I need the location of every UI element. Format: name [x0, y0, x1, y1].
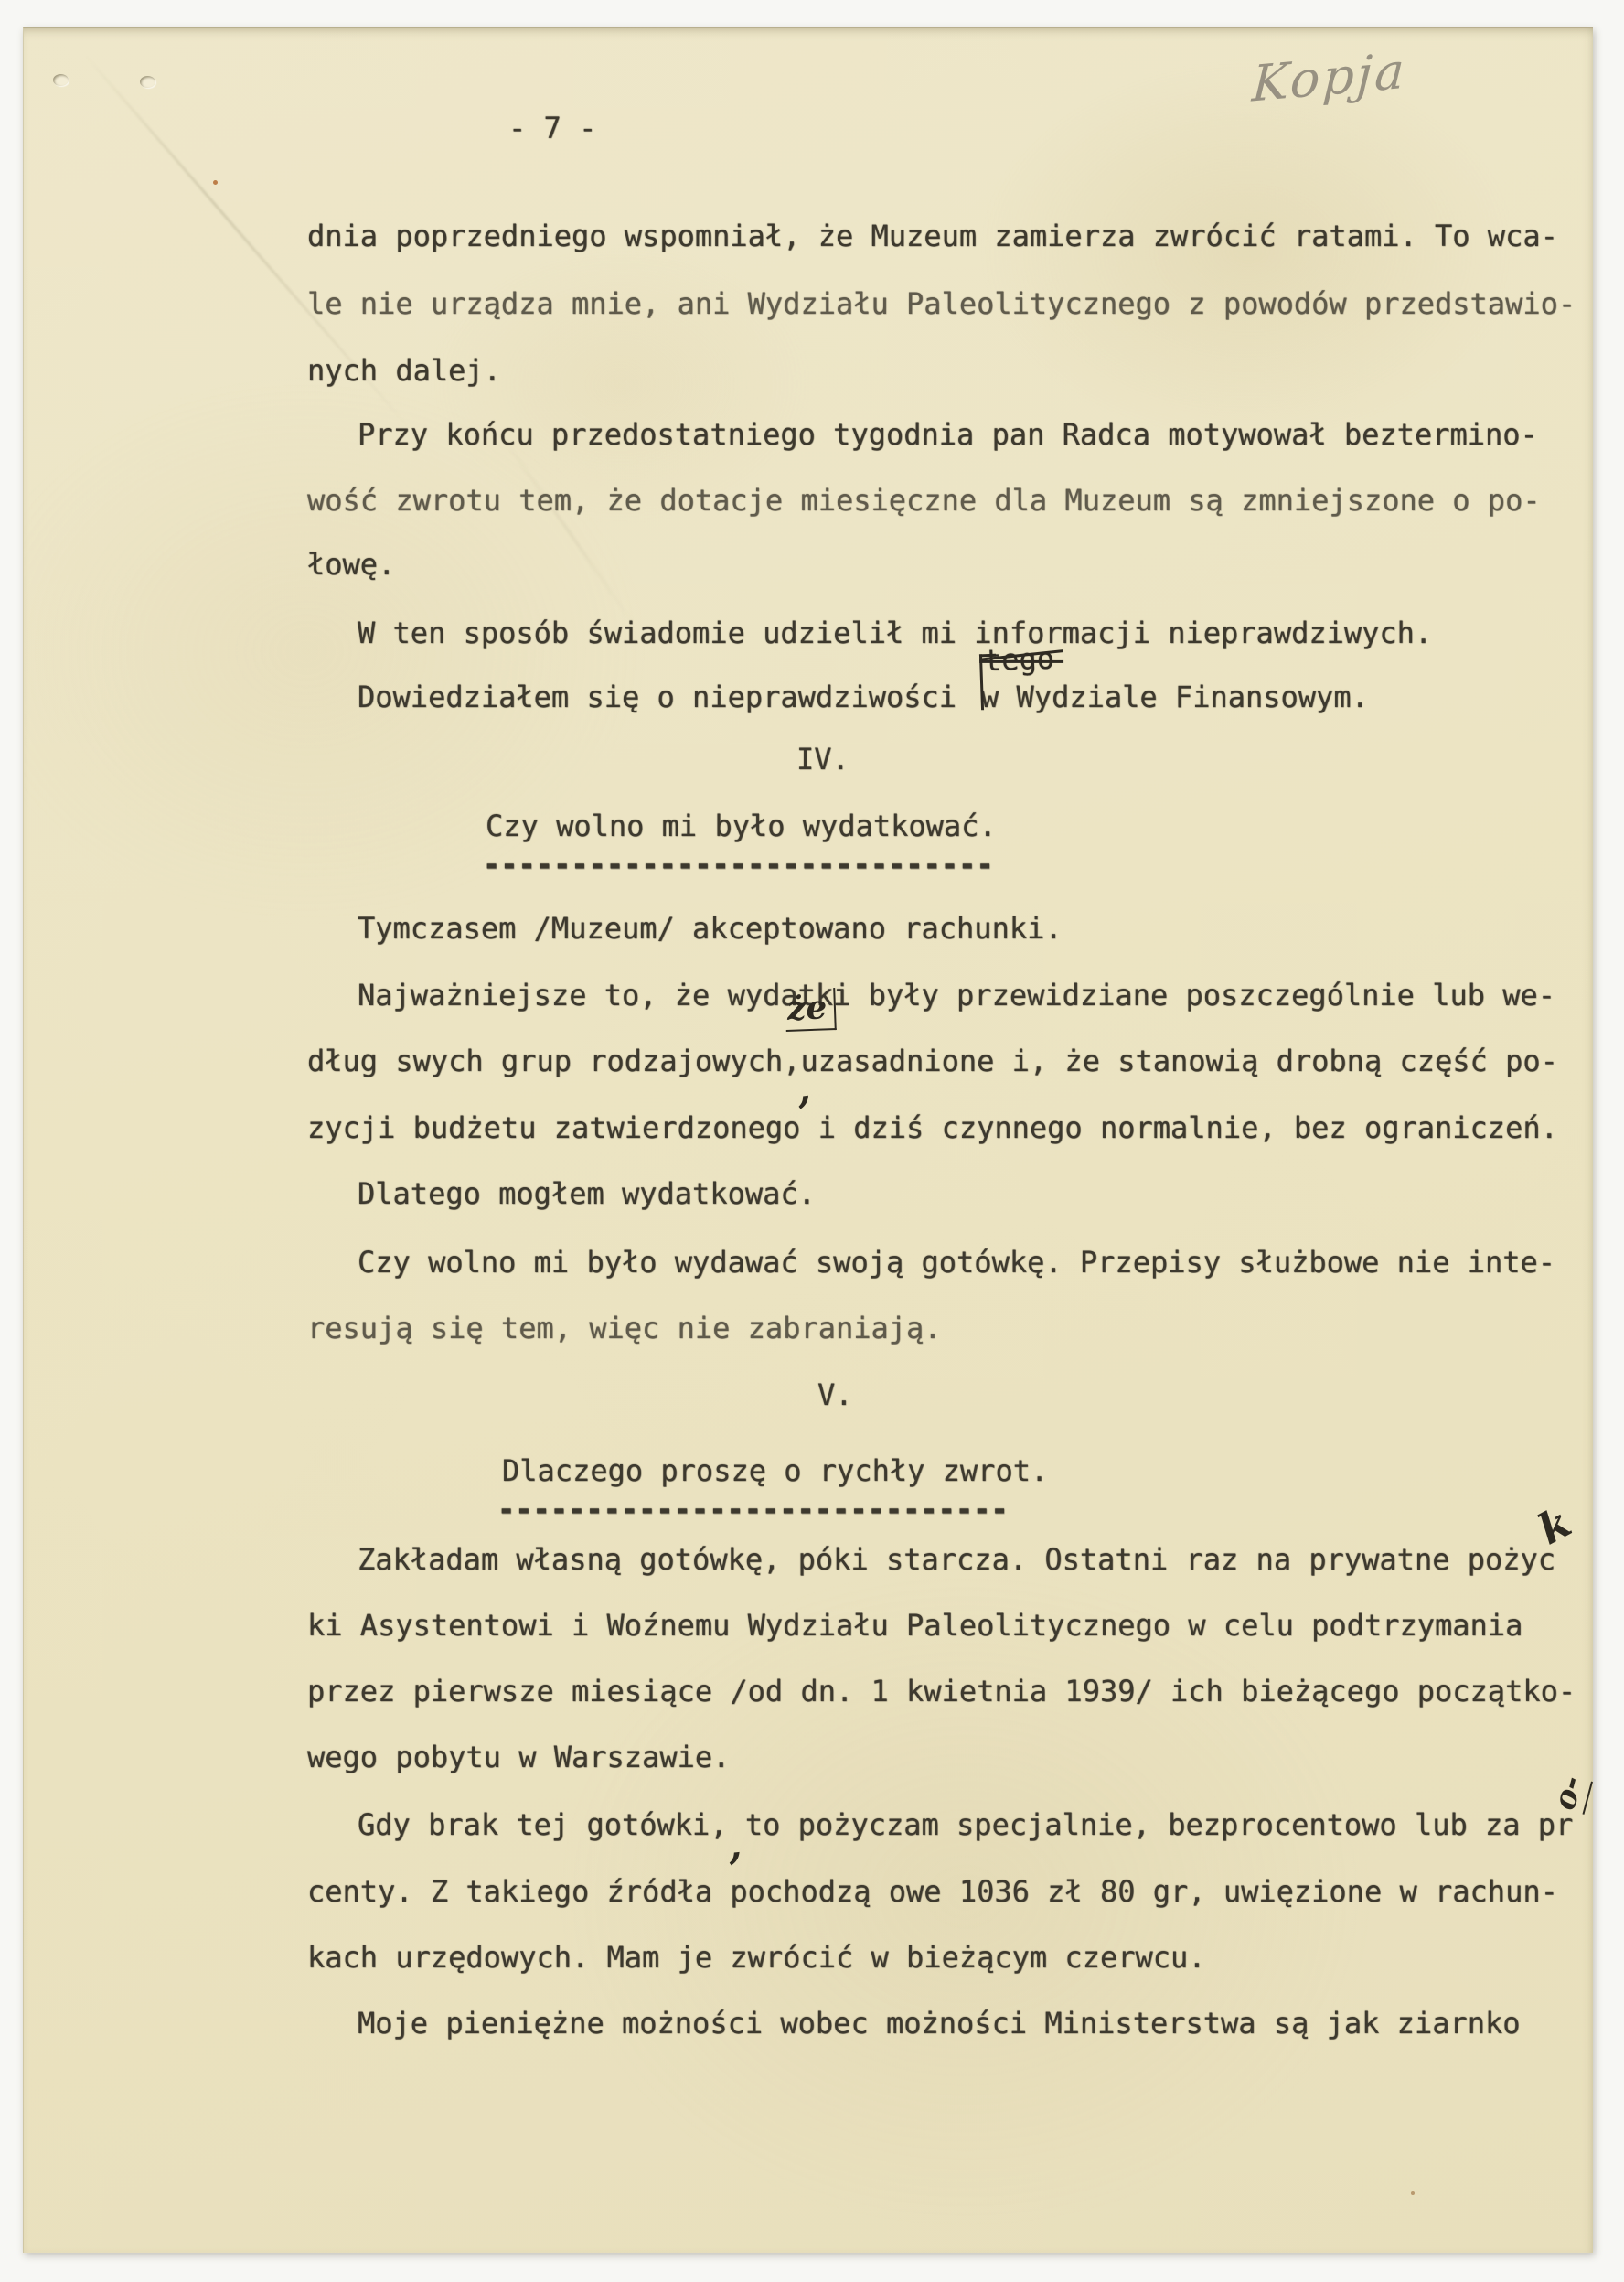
typed-line: łowę. — [307, 547, 395, 582]
typed-line: W ten sposób świadomie udzielił mi infor… — [358, 616, 1432, 650]
typed-line: Przy końcu przedostatniego tygodnia pan … — [358, 417, 1538, 452]
typed-line: Czy wolno mi było wydawać swoją gotówkę.… — [358, 1245, 1555, 1280]
page-number: - 7 - — [508, 111, 596, 145]
typed-line: przez pierwsze miesiące /od dn. 1 kwietn… — [307, 1674, 1576, 1709]
section-numeral: V. — [817, 1377, 853, 1412]
typed-line: wego pobytu w Warszawie. — [307, 1740, 730, 1774]
typed-line: wość zwrotu tem, że dotacje miesięczne d… — [307, 483, 1541, 518]
dashed-rule: ----------------------------- — [483, 844, 994, 884]
section-heading: Dlaczego proszę o rychły zwrot. — [502, 1453, 1048, 1488]
typed-line: resują się tem, więc nie zabraniają. — [307, 1311, 942, 1345]
typed-line: w Wydziale Finansowym. — [981, 680, 1369, 714]
typed-line: Dlatego mogłem wydatkować. — [358, 1176, 816, 1211]
typed-line: dnia poprzedniego wspomniał, że Muzeum z… — [307, 219, 1558, 253]
section-numeral: IV. — [796, 742, 849, 777]
document-page: - 7 -dnia poprzedniego wspomniał, że Muz… — [23, 27, 1593, 2253]
typed-line: dług swych grup rodzajowych,uzasadnione … — [307, 1044, 1558, 1078]
typed-text-layer: - 7 -dnia poprzedniego wspomniał, że Muz… — [24, 28, 1593, 2253]
typed-line: centy. Z takiego źródła pochodzą owe 103… — [307, 1874, 1558, 1909]
dashed-rule: ----------------------------- — [497, 1489, 1009, 1529]
insertion-mark-icon — [979, 654, 998, 711]
typed-line: ki Asystentowi i Woźnemu Wydziału Paleol… — [307, 1608, 1522, 1643]
typed-line: Moje pieniężne możności wobec możności M… — [358, 2006, 1521, 2041]
typed-line: Zakładam własną gotówkę, póki starcza. O… — [358, 1542, 1555, 1577]
scanned-document: - 7 -dnia poprzedniego wspomniał, że Muz… — [0, 0, 1624, 2282]
typed-line: Gdy brak tej gotówki, to pożyczam specja… — [358, 1807, 1573, 1842]
typed-line: kach urzędowych. Mam je zwrócić w bieżąc… — [307, 1940, 1206, 1975]
typed-line: nych dalej. — [307, 353, 501, 388]
typed-line: Najważniejsze to, że wydatki były przewi… — [358, 978, 1555, 1012]
typed-line: le nie urządza mnie, ani Wydziału Paleol… — [307, 286, 1576, 321]
typed-line: Tymczasem /Muzeum/ akceptowano rachunki. — [358, 911, 1063, 946]
typed-line: Dowiedziałem się o nieprawdziwości — [358, 680, 956, 714]
section-heading: Czy wolno mi było wydatkować. — [486, 809, 997, 843]
handwritten-insertion-ze: że — [785, 988, 837, 1032]
typed-line: zycji budżetu zatwierdzonego i dziś czyn… — [307, 1110, 1558, 1145]
